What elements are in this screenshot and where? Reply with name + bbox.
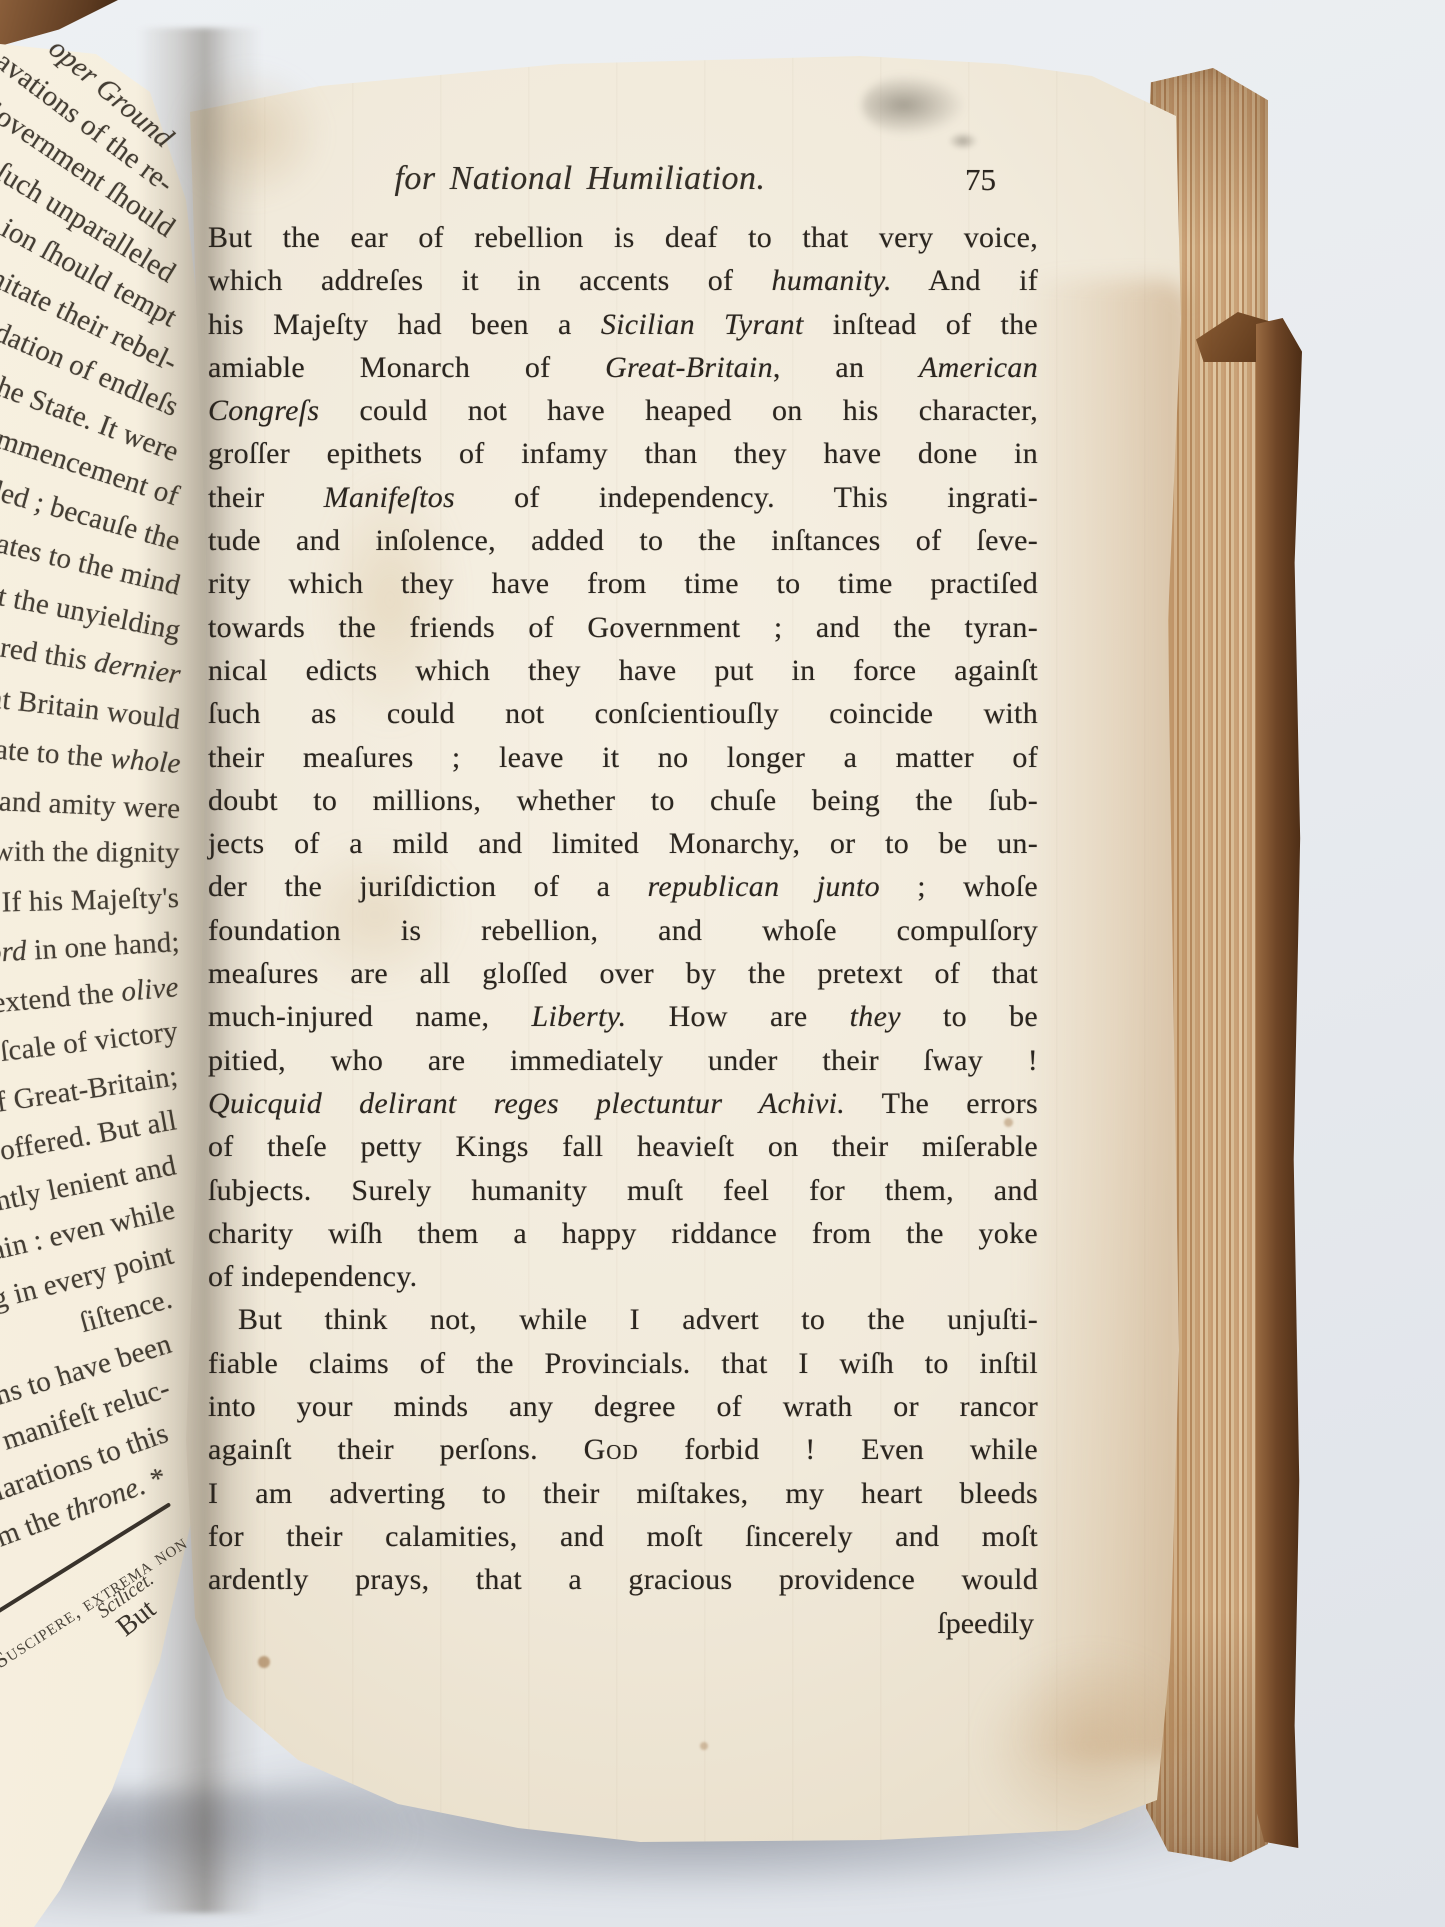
text-line: groſſer epithets of infamy than they hav… (208, 432, 1038, 475)
text-line: his Majeſty had been a Sicilian Tyrant i… (208, 303, 1038, 346)
text-segment: The errors (845, 1087, 1038, 1120)
text-line: ſuch as could not conſcientiouſly coinci… (208, 692, 1038, 735)
text-segment: extend the (0, 976, 123, 1019)
text-line: their Manifeſtos of independency. This i… (208, 476, 1038, 519)
text-segment: But the ear of rebellion is deaf to that… (208, 221, 1038, 254)
text-segment: Manifeſtos (324, 481, 455, 514)
text-segment: amiable Monarch of (208, 351, 605, 384)
text-segment: could not have heaped on his character, (319, 394, 1038, 427)
text-line: rity which they have from time to time p… (208, 562, 1038, 605)
text-segment: ardently prays, that a gracious providen… (208, 1563, 1038, 1596)
text-segment: pitied, who are immediately under their … (208, 1044, 1038, 1077)
text-segment: from the (0, 1498, 72, 1566)
text-line: Congreſs could not have heaped on his ch… (208, 389, 1038, 432)
text-segment: of theſe petty Kings fall heavieſt on th… (208, 1130, 1038, 1163)
text-segment: dered this (0, 627, 97, 677)
text-segment: But think not, while I advert to the unj… (238, 1303, 1038, 1336)
text-segment: his Majeſty had been a (208, 308, 601, 341)
page-number: 75 (965, 162, 996, 198)
text-line: doubt to millions, whether to chuſe bein… (208, 779, 1038, 822)
text-segment: dictate to the (0, 730, 111, 774)
text-segment: Quicquid delirant reges plectuntur Achiv… (208, 1087, 845, 1120)
text-segment: der the juriſdiction of a (208, 870, 648, 903)
text-segment: fiable claims of the Provincials. that I… (208, 1347, 1038, 1380)
text-segment: I am adverting to their miſtakes, my hea… (208, 1477, 1038, 1510)
text-line: Quicquid delirant reges plectuntur Achiv… (208, 1082, 1038, 1125)
text-segment: doubt to millions, whether to chuſe bein… (208, 784, 1038, 817)
text-line: charity wiſh them a happy riddance from … (208, 1212, 1038, 1255)
text-segment: foundation is rebellion, and whoſe compu… (208, 914, 1038, 947)
text-segment: much-injured name, (208, 1000, 532, 1033)
text-line: for their calamities, and moſt ſincerely… (208, 1515, 1038, 1558)
catchword: ſpeedily (208, 1602, 1038, 1645)
text-segment: forbid ! Even while (639, 1433, 1038, 1466)
text-segment: againſt their perſons. (208, 1433, 584, 1466)
text-line: amiable Monarch of Great-Britain, an Ame… (208, 346, 1038, 389)
text-segment: to be (901, 1000, 1038, 1033)
text-line: foundation is rebellion, and whoſe compu… (208, 909, 1038, 952)
text-segment: charity wiſh them a happy riddance from … (208, 1217, 1038, 1250)
book-photo: Suscipere, extrema non Scilicet. But ope… (0, 0, 1445, 1927)
text-line: into your minds any degree of wrath or r… (208, 1385, 1038, 1428)
text-segment: tude and inſolence, added to the inſtanc… (208, 524, 1038, 557)
text-segment: of independency. (208, 1260, 417, 1293)
text-segment: , an (773, 351, 919, 384)
text-line: towards the friends of Government ; and … (208, 606, 1038, 649)
text-line: of independency. (208, 1255, 1038, 1298)
text-line: meaſures are all gloſſed over by the pre… (208, 952, 1038, 995)
text-segment: jects of a mild and limited Monarchy, or… (208, 827, 1038, 860)
text-segment: for their calamities, and moſt ſincerely… (208, 1520, 1038, 1553)
text-line: which addreſes it in accents of humanity… (208, 259, 1038, 302)
text-segment: nical edicts which they have put in forc… (208, 654, 1038, 687)
text-segment: God (584, 1433, 639, 1466)
text-segment: rity which they have from time to time p… (208, 567, 1038, 600)
running-header-title: for National Humiliation. (208, 160, 952, 198)
text-segment: groſſer epithets of infamy than they hav… (208, 437, 1038, 470)
text-segment: And if (892, 264, 1038, 297)
text-segment: their (208, 481, 324, 514)
text-segment: ; whoſe (880, 870, 1038, 903)
right-page-lines: But the ear of rebellion is deaf to that… (208, 216, 1038, 1602)
text-line: much-injured name, Liberty. How are they… (208, 995, 1038, 1038)
text-line: ſubjects. Surely humanity muſt feel for … (208, 1169, 1038, 1212)
text-segment: inſtead of the (804, 308, 1038, 341)
text-segment: How are (626, 1000, 849, 1033)
text-segment: meaſures are all gloſſed over by the pre… (208, 957, 1038, 990)
text-segment: which addreſes it in accents of (208, 264, 772, 297)
text-line: But the ear of rebellion is deaf to that… (208, 216, 1038, 259)
text-segment: Great-Britain (605, 351, 773, 384)
text-segment: American (919, 351, 1038, 384)
text-segment: towards the friends of Government ; and … (208, 611, 1038, 644)
text-line: ardently prays, that a gracious providen… (208, 1558, 1038, 1601)
text-line: of theſe petty Kings fall heavieſt on th… (208, 1125, 1038, 1168)
text-segment: Congreſs (208, 394, 319, 427)
text-line: I am adverting to their miſtakes, my hea… (208, 1472, 1038, 1515)
text-line: But think not, while I advert to the unj… (208, 1298, 1038, 1341)
text-line: der the juriſdiction of a republican jun… (208, 865, 1038, 908)
text-segment: humanity. (772, 264, 892, 297)
text-segment: ſword (0, 935, 27, 971)
text-line: pitied, who are immediately under their … (208, 1039, 1038, 1082)
text-segment: into your minds any degree of wrath or r… (208, 1390, 1038, 1423)
text-segment: of independency. This ingrati- (455, 481, 1038, 514)
text-line: jects of a mild and limited Monarchy, or… (208, 822, 1038, 865)
text-line: nical edicts which they have put in forc… (208, 649, 1038, 692)
text-segment: republican junto (648, 870, 880, 903)
text-line: fiable claims of the Provincials. that I… (208, 1342, 1038, 1385)
board-edge (1256, 318, 1302, 1848)
text-segment: Sicilian Tyrant (601, 308, 804, 341)
page-header: for National Humiliation. 75 (208, 160, 1038, 206)
text-line: their meaſures ; leave it no longer a ma… (208, 736, 1038, 779)
right-page-text: for National Humiliation. 75 But the ear… (208, 160, 1038, 1645)
text-line: againſt their perſons. God forbid ! Even… (208, 1428, 1038, 1471)
text-segment: ſubjects. Surely humanity muſt feel for … (208, 1174, 1038, 1207)
text-segment: ſuch as could not conſcientiouſly coinci… (208, 697, 1038, 730)
text-segment: Liberty. (532, 1000, 627, 1033)
text-segment: their meaſures ; leave it no longer a ma… (208, 741, 1038, 774)
text-line: tude and inſolence, added to the inſtanc… (208, 519, 1038, 562)
text-segment: they (850, 1000, 901, 1033)
